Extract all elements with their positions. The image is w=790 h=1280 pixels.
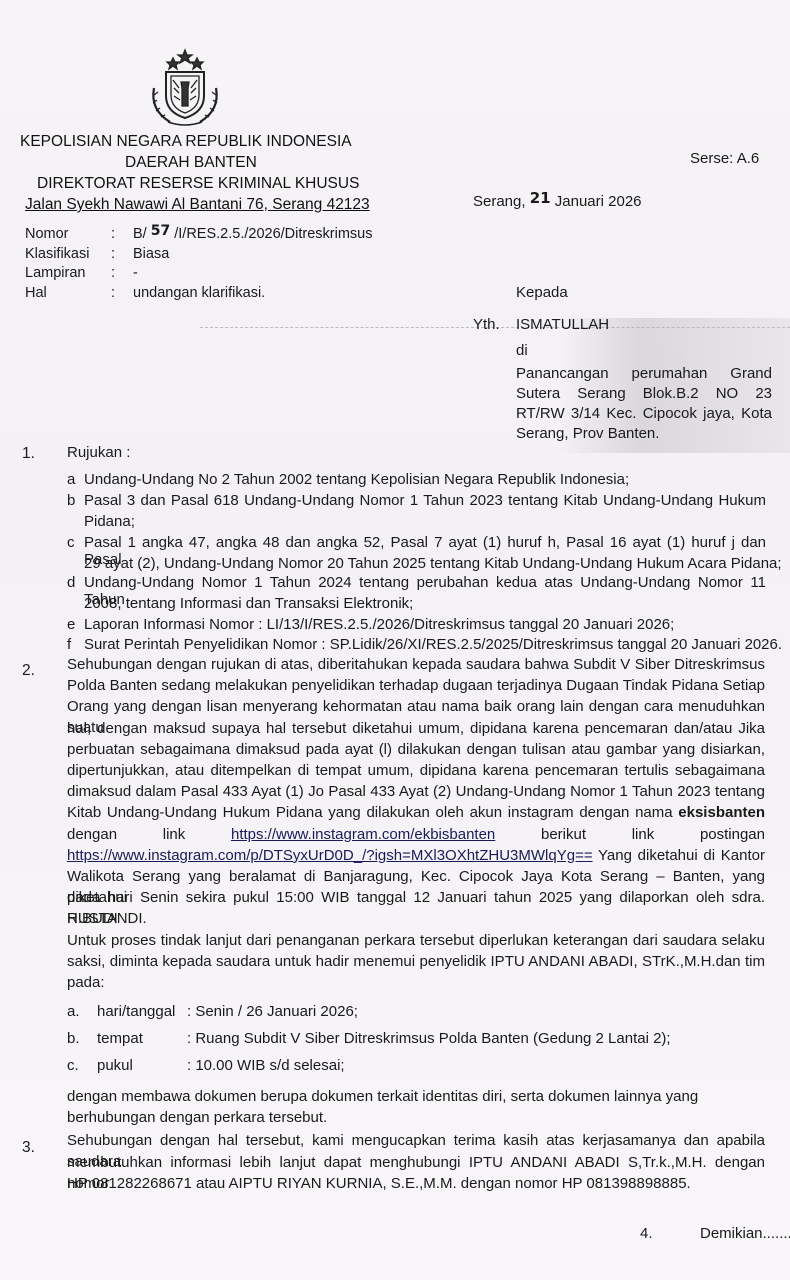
meta-row-hal: Hal: undangan klarifikasi. [25,284,373,304]
recipient-address: Panancangan perumahan Grand Sutera Seran… [516,364,772,444]
police-emblem-icon [140,48,230,130]
recipient-yth: Yth. [473,316,500,333]
serse-code: Serse: A.6 [690,150,759,167]
schedule-letter: b. [67,1028,80,1049]
instagram-post-link[interactable]: https://www.instagram.com/p/DTSyxUrD0D_/… [67,847,593,864]
paragraph-line: dipertunjukkan, atau ditempelkan di temp… [67,760,765,781]
instagram-account-name: eksisbanten [678,804,765,821]
schedule-letter: a. [67,1001,80,1022]
letterhead-address: Jalan Syekh Nawawi Al Bantani 76, Serang… [25,196,370,214]
paragraph-line: berhubungan dengan perkara tersebut. [67,1107,765,1128]
letter-page: KEPOLISIAN NEGARA REPUBLIK INDONESIA DAE… [0,0,790,1280]
reference-letter: a [67,471,75,488]
section3-number: 3. [22,1139,35,1157]
paragraph-line: dimaksud dalam Pasal 433 Ayat (1) Jo Pas… [67,781,765,802]
paragraph-line: Sehubungan dengan rujukan di atas, diber… [67,654,765,675]
reference-letter: d [67,574,75,591]
letterhead-line3: DIREKTORAT RESERSE KRIMINAL KHUSUS [37,175,359,193]
schedule-label: pukul [97,1055,133,1076]
section1-title: Rujukan : [67,444,130,461]
schedule-value: : Ruang Subdit V Siber Ditreskrimsus Pol… [187,1028,671,1049]
date-month-year: Januari 2026 [555,193,642,210]
meta-row-lampiran: Lampiran: - [25,264,373,284]
paragraph-line: dengan link https://www.instagram.com/ek… [67,824,765,845]
paragraph-line: Polda Banten sedang melakukan penyelidik… [67,675,765,696]
reference-letter: c [67,534,75,551]
schedule-value: : Senin / 26 Januari 2026; [187,1001,358,1022]
paragraph-line: HP 081282268671 atau AIPTU RIYAN KURNIA,… [67,1173,765,1194]
reference-item-line: Pidana; [84,513,766,530]
reference-letter: e [67,616,75,633]
reference-letter: b [67,492,75,509]
letterhead-line1: KEPOLISIAN NEGARA REPUBLIK INDONESIA [20,133,352,151]
reference-item-line: Laporan Informasi Nomor : LI/13/I/RES.2.… [84,616,766,633]
schedule-label: tempat [97,1028,143,1049]
paragraph-line: https://www.instagram.com/p/DTSyxUrD0D_/… [67,845,765,866]
paragraph-line: saksi, diminta kepada saudara untuk hadi… [67,951,765,972]
recipient-di: di [516,342,528,359]
date-day-handwritten: 21 [530,189,551,207]
section1-number: 1. [22,445,35,463]
letter-date: Serang, 21 Januari 2026 [473,192,642,210]
reference-item-line: 2008, tentang Informasi dan Transaksi El… [84,595,766,612]
paragraph-line: pada: [67,972,765,993]
reference-item-line: 29 ayat (2), Undang-Undang Nomor 20 Tahu… [84,555,765,572]
schedule-letter: c. [67,1055,79,1076]
paragraph-line: Untuk proses tindak lanjut dari penangan… [67,930,765,951]
paragraph-line: perbuatan sebagaimana dimaksud pada ayat… [67,739,765,760]
continuation-number: 4. [640,1225,653,1242]
continuation-text: Demikian....... [700,1225,790,1242]
section2-number: 2. [22,662,35,680]
reference-item-line: Surat Perintah Penyelidikan Nomor : SP.L… [84,636,763,653]
nomor-value: B/ 57 /I/RES.2.5./2026/Ditreskrimsus [133,225,373,245]
reference-item-line: Undang-Undang No 2 Tahun 2002 tentang Ke… [84,471,766,488]
paragraph-line: hal, dengan maksud supaya hal tersebut d… [67,718,765,739]
reference-item-line: Pasal 3 dan Pasal 618 Undang-Undang Nomo… [84,492,766,509]
letterhead-line2: DAERAH BANTEN [125,154,257,172]
recipient-kepada: Kepada [516,284,568,301]
schedule-label: hari/tanggal [97,1001,175,1022]
paragraph-line: dengan membawa dokumen berupa dokumen te… [67,1086,765,1107]
date-city: Serang, [473,193,526,210]
paragraph-line: RUSTANDI. [67,908,765,929]
recipient-name: ISMATULLAH [516,316,609,333]
paragraph-line: Kitab Undang-Undang Hukum Pidana yang di… [67,802,765,823]
instagram-profile-link[interactable]: https://www.instagram.com/ekbisbanten [231,826,495,843]
letter-meta: Nomor: B/ 57 /I/RES.2.5./2026/Ditreskrim… [25,225,373,303]
meta-row-nomor: Nomor: B/ 57 /I/RES.2.5./2026/Ditreskrim… [25,225,373,245]
schedule-value: : 10.00 WIB s/d selesai; [187,1055,345,1076]
meta-row-klasifikasi: Klasifikasi: Biasa [25,245,373,265]
reference-letter: f [67,636,71,653]
